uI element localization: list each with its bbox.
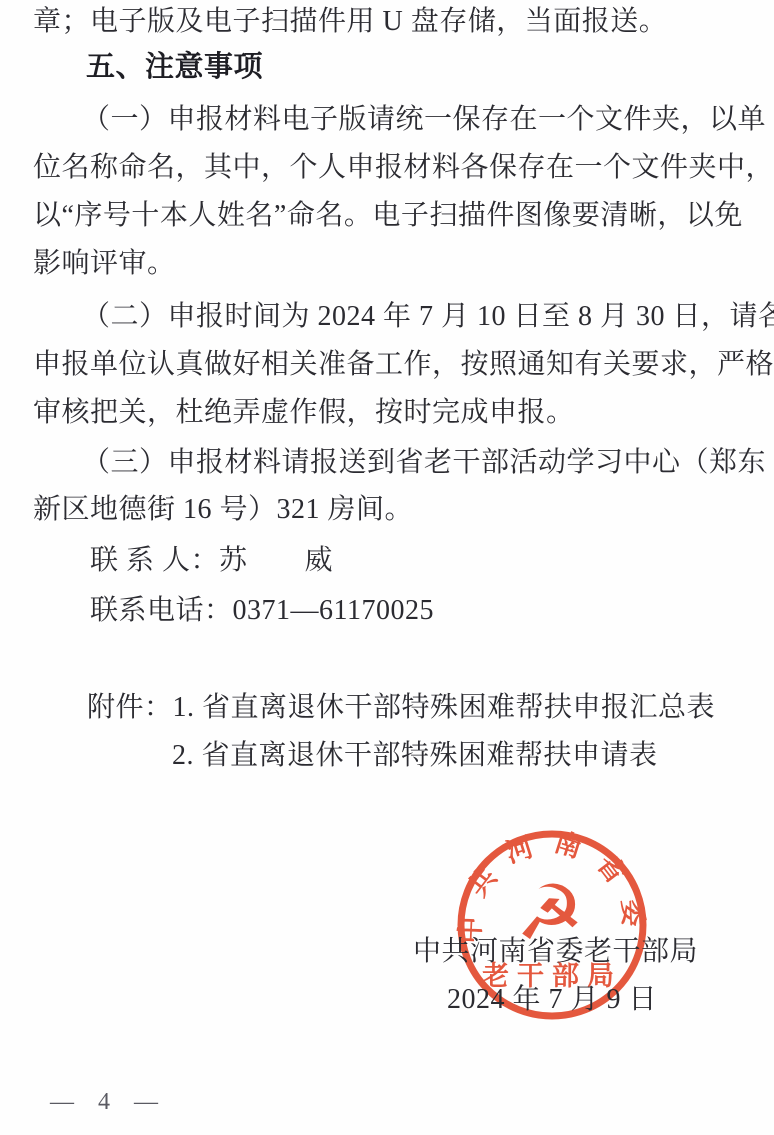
issue-date: 2024 年 7 月 9 日 <box>447 980 657 1020</box>
intro-line: 章；电子版及电子扫描件用 U 盘存储，当面报送。 <box>33 2 667 42</box>
paragraph2-line2: 申报单位认真做好相关准备工作，按照通知有关要求，严格 <box>33 345 774 385</box>
section-heading: 五、注意事项 <box>86 47 263 87</box>
document-page: 章；电子版及电子扫描件用 U 盘存储，当面报送。 五、注意事项 （一）申报材料电… <box>0 0 774 1135</box>
contact-name-line: 联 系 人：苏 威 <box>90 541 333 581</box>
issuer-name: 中共河南省委老干部局 <box>413 932 698 972</box>
paragraph3-line2: 新区地德街 16 号）321 房间。 <box>33 490 413 530</box>
paragraph2-line3: 审核把关，杜绝弄虚作假，按时完成申报。 <box>33 393 575 433</box>
paragraph1-line2: 位名称命名，其中，个人申报材料各保存在一个文件夹中， <box>33 148 774 188</box>
attachment-line-1: 附件：1. 省直离退休干部特殊困难帮扶申报汇总表 <box>87 688 715 728</box>
paragraph1-line4: 影响评审。 <box>33 244 176 284</box>
attachment-line-2: 2. 省直离退休干部特殊困难帮扶申请表 <box>172 736 658 776</box>
paragraph3-line1: （三）申报材料请报送到省老干部活动学习中心（郑东 <box>82 443 766 483</box>
page-number: — 4 — <box>50 1082 160 1122</box>
paragraph1-line3: 以“序号十本人姓名”命名。电子扫描件图像要清晰，以免 <box>33 196 743 236</box>
paragraph2-line1: （二）申报时间为 2024 年 7 月 10 日至 8 月 30 日，请各 <box>82 297 774 337</box>
contact-phone-line: 联系电话：0371—61170025 <box>90 591 434 631</box>
paragraph1-line1: （一）申报材料电子版请统一保存在一个文件夹，以单 <box>82 100 766 140</box>
